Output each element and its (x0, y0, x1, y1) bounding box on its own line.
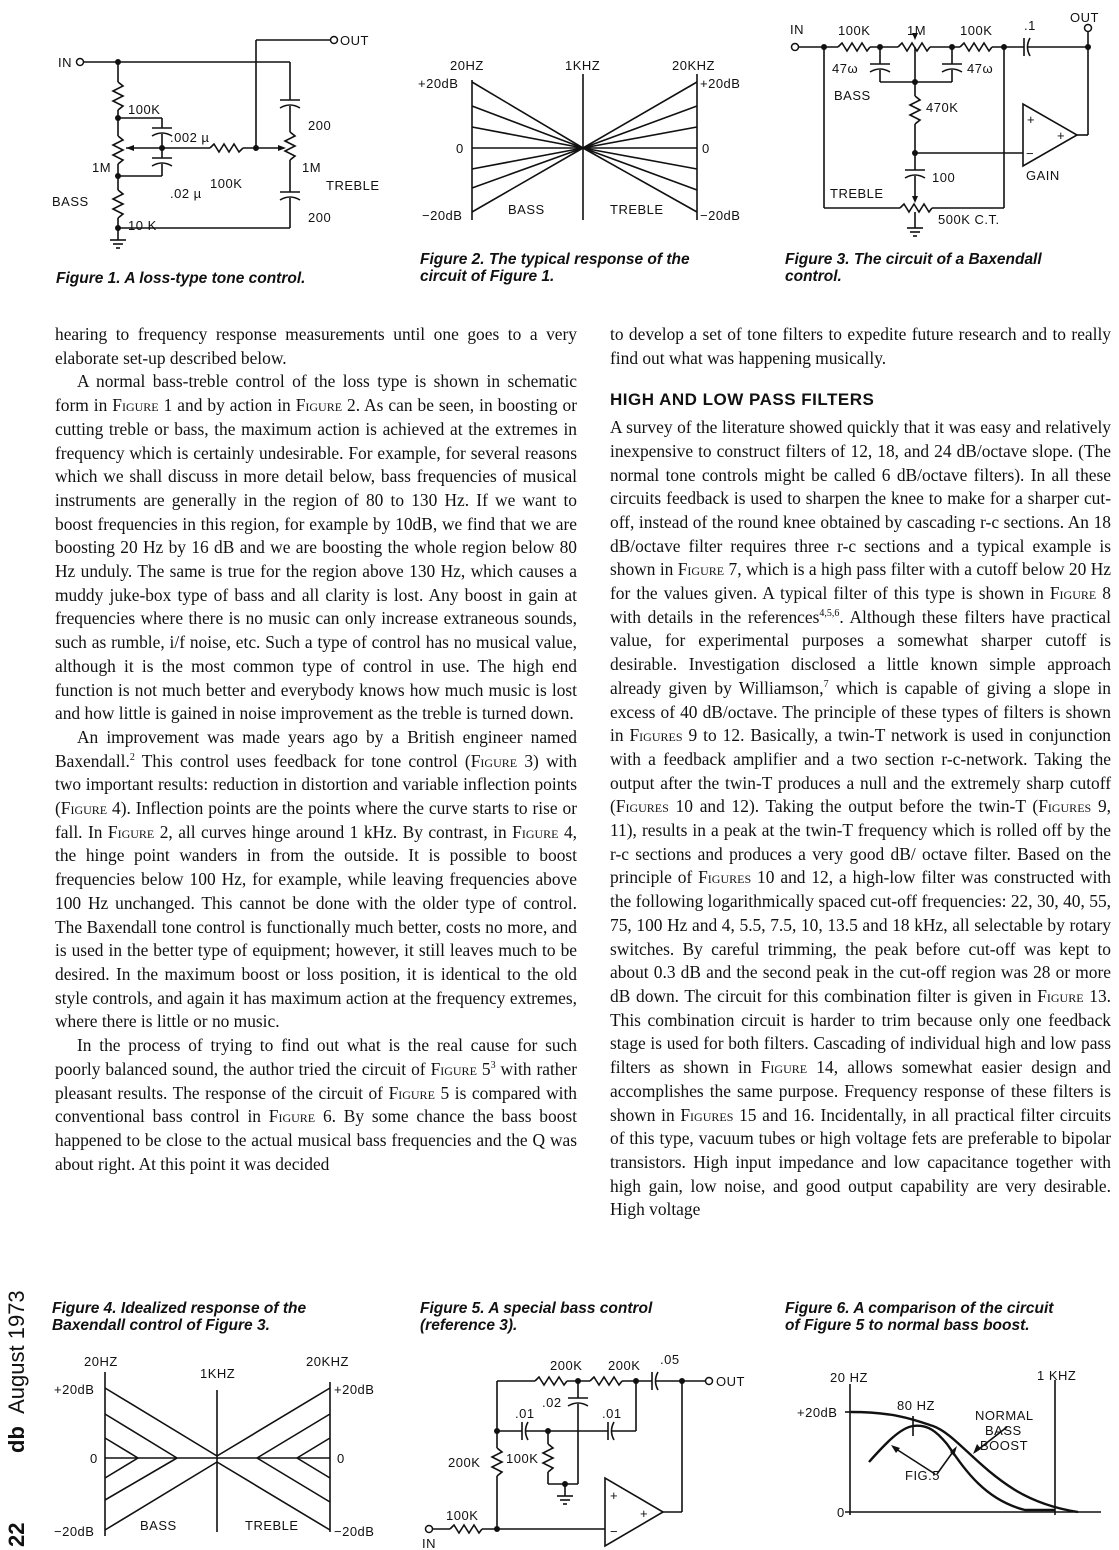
right-intro-paragraph: to develop a set of tone filters to expe… (610, 323, 1111, 370)
svg-text:.01: .01 (602, 1406, 622, 1421)
figure-5-caption: Figure 5. A special bass control (refere… (420, 1300, 780, 1334)
figure-1-caption: Figure 1. A loss-type tone control. (56, 270, 305, 287)
figure-6-chart: 20 HZ 1 KHZ 80 HZ +20dB 0 NORMAL BASS BO… (785, 1340, 1119, 1540)
figure-2-caption: Figure 2. The typical response of the ci… (420, 251, 690, 285)
right-main-paragraph: A survey of the literature showed quickl… (610, 416, 1111, 1222)
svg-text:−20dB: −20dB (334, 1524, 374, 1539)
caption-line: Baxendall control of Figure 3. (52, 1317, 402, 1334)
svg-text:BASS: BASS (834, 88, 871, 103)
svg-text:100K: 100K (446, 1508, 478, 1523)
figure-6-caption: Figure 6. A comparison of the circuit of… (785, 1300, 1119, 1334)
svg-text:−: − (1026, 146, 1034, 161)
svg-text:20KHZ: 20KHZ (672, 58, 715, 73)
svg-text:+: + (1057, 128, 1065, 143)
caption-line: Figure 3. The circuit of a Baxendall (785, 251, 1042, 268)
svg-text:.02 µ: .02 µ (170, 186, 202, 201)
svg-text:−20dB: −20dB (422, 208, 462, 223)
svg-text:+20dB: +20dB (418, 76, 458, 91)
svg-text:+20dB: +20dB (797, 1405, 837, 1420)
svg-text:1KHZ: 1KHZ (200, 1366, 235, 1381)
figure-2: 20HZ 1KHZ 20KHZ +20dB +20dB 0 0 −20dB −2… (400, 0, 780, 300)
page-footer: db August 1973 22 (0, 1355, 38, 1550)
svg-text:GAIN: GAIN (1026, 168, 1060, 183)
figure-4: Figure 4. Idealized response of the Baxe… (52, 1300, 402, 1550)
body-paragraph: In the process of trying to find out wha… (55, 1034, 577, 1176)
svg-text:TREBLE: TREBLE (245, 1518, 299, 1533)
svg-text:+20dB: +20dB (700, 76, 740, 91)
caption-line: Figure 5. A special bass control (420, 1300, 780, 1317)
svg-text:0: 0 (456, 141, 464, 156)
svg-text:BASS: BASS (508, 202, 545, 217)
figure-2-chart: 20HZ 1KHZ 20KHZ +20dB +20dB 0 0 −20dB −2… (400, 0, 780, 230)
svg-text:.1: .1 (1024, 18, 1036, 33)
svg-text:47ω: 47ω (832, 61, 858, 76)
body-paragraph: An improvement was made years ago by a B… (55, 726, 577, 1034)
svg-text:0: 0 (837, 1505, 845, 1520)
svg-text:IN: IN (422, 1536, 436, 1550)
svg-text:20KHZ: 20KHZ (306, 1354, 349, 1369)
svg-text:500K C.T.: 500K C.T. (938, 212, 1000, 227)
svg-text:100K: 100K (960, 23, 992, 38)
svg-text:OUT: OUT (1070, 10, 1099, 25)
svg-text:200K: 200K (608, 1358, 640, 1373)
svg-text:IN: IN (58, 55, 72, 70)
svg-text:TREBLE: TREBLE (830, 186, 884, 201)
caption-line: control. (785, 268, 1042, 285)
figure-5-schematic: 200K 200K .05 OUT .02 .01 .01 200K 100K … (420, 1340, 780, 1550)
svg-text:47ω: 47ω (967, 61, 993, 76)
svg-text:200: 200 (308, 118, 331, 133)
svg-text:OUT: OUT (340, 33, 369, 48)
svg-text:80 HZ: 80 HZ (897, 1398, 935, 1413)
svg-text:100K: 100K (128, 102, 160, 117)
svg-text:0: 0 (337, 1451, 345, 1466)
figure-4-chart: 20HZ 1KHZ 20KHZ +20dB +20dB 0 0 −20dB −2… (52, 1344, 402, 1544)
caption-line: (reference 3). (420, 1317, 780, 1334)
svg-text:NORMAL: NORMAL (975, 1408, 1034, 1423)
svg-text:200K: 200K (550, 1358, 582, 1373)
svg-text:100K: 100K (506, 1451, 538, 1466)
svg-text:1M: 1M (92, 160, 111, 175)
figure-5: Figure 5. A special bass control (refere… (420, 1300, 780, 1550)
body-paragraph: A normal bass-treble control of the loss… (55, 370, 577, 726)
svg-text:20 HZ: 20 HZ (830, 1370, 868, 1385)
magazine-name: db (4, 1426, 29, 1453)
svg-text:.02: .02 (542, 1395, 562, 1410)
svg-text:0: 0 (702, 141, 710, 156)
caption-line: Figure 6. A comparison of the circuit (785, 1300, 1119, 1317)
figure-3-caption: Figure 3. The circuit of a Baxendall con… (785, 251, 1042, 285)
svg-text:BASS: BASS (140, 1518, 177, 1533)
svg-text:200K: 200K (448, 1455, 480, 1470)
svg-text:BOOST: BOOST (980, 1438, 1028, 1453)
svg-text:0: 0 (90, 1451, 98, 1466)
figure-1: IN OUT 100K .002 µ 1M .02 µ 100K BASS 10… (40, 20, 400, 280)
svg-text:+20dB: +20dB (54, 1382, 94, 1397)
svg-text:.01: .01 (515, 1406, 535, 1421)
svg-text:1 KHZ: 1 KHZ (1037, 1368, 1076, 1383)
left-column-text: hearing to frequency response measuremen… (55, 323, 577, 1176)
svg-text:+: + (610, 1488, 618, 1503)
body-paragraph: hearing to frequency response measuremen… (55, 323, 577, 370)
figure-1-schematic: IN OUT 100K .002 µ 1M .02 µ 100K BASS 10… (40, 20, 400, 260)
svg-text:.05: .05 (660, 1352, 680, 1367)
issue-date: August 1973 (4, 1290, 29, 1414)
svg-text:100K: 100K (838, 23, 870, 38)
svg-text:BASS: BASS (52, 194, 89, 209)
figure-3: IN OUT 100K 1M 100K .1 47ω 47ω BASS 470K… (770, 0, 1119, 300)
svg-text:FIG.5: FIG.5 (905, 1468, 940, 1483)
svg-text:BASS: BASS (985, 1423, 1022, 1438)
svg-text:+: + (640, 1506, 648, 1521)
svg-text:1M: 1M (302, 160, 321, 175)
svg-text:100K: 100K (210, 176, 242, 191)
svg-text:TREBLE: TREBLE (326, 178, 380, 193)
svg-text:−20dB: −20dB (54, 1524, 94, 1539)
svg-text:1KHZ: 1KHZ (565, 58, 600, 73)
section-heading: HIGH AND LOW PASS FILTERS (610, 388, 1111, 412)
svg-text:+20dB: +20dB (334, 1382, 374, 1397)
svg-text:TREBLE: TREBLE (610, 202, 664, 217)
figure-4-caption: Figure 4. Idealized response of the Baxe… (52, 1300, 402, 1334)
svg-text:1M: 1M (907, 23, 926, 38)
svg-text:.002 µ: .002 µ (170, 130, 209, 145)
svg-text:+: + (1027, 112, 1035, 127)
svg-text:OUT: OUT (716, 1374, 745, 1389)
svg-text:10 K: 10 K (128, 218, 157, 233)
svg-text:200: 200 (308, 210, 331, 225)
figure-3-schematic: IN OUT 100K 1M 100K .1 47ω 47ω BASS 470K… (770, 0, 1119, 250)
right-column-text: to develop a set of tone filters to expe… (610, 323, 1111, 1222)
figure-6: Figure 6. A comparison of the circuit of… (785, 1300, 1119, 1550)
svg-text:470K: 470K (926, 100, 958, 115)
caption-line: Figure 4. Idealized response of the (52, 1300, 402, 1317)
svg-text:IN: IN (790, 22, 804, 37)
caption-line: Figure 2. The typical response of the (420, 251, 690, 268)
svg-text:20HZ: 20HZ (84, 1354, 118, 1369)
caption-line: of Figure 5 to normal bass boost. (785, 1317, 1119, 1334)
svg-text:−20dB: −20dB (700, 208, 740, 223)
svg-text:−: − (610, 1524, 618, 1539)
page-number: 22 (4, 1523, 30, 1547)
svg-text:20HZ: 20HZ (450, 58, 484, 73)
caption-line: circuit of Figure 1. (420, 268, 690, 285)
magazine-issue: db August 1973 (4, 1290, 30, 1453)
svg-text:100: 100 (932, 170, 955, 185)
